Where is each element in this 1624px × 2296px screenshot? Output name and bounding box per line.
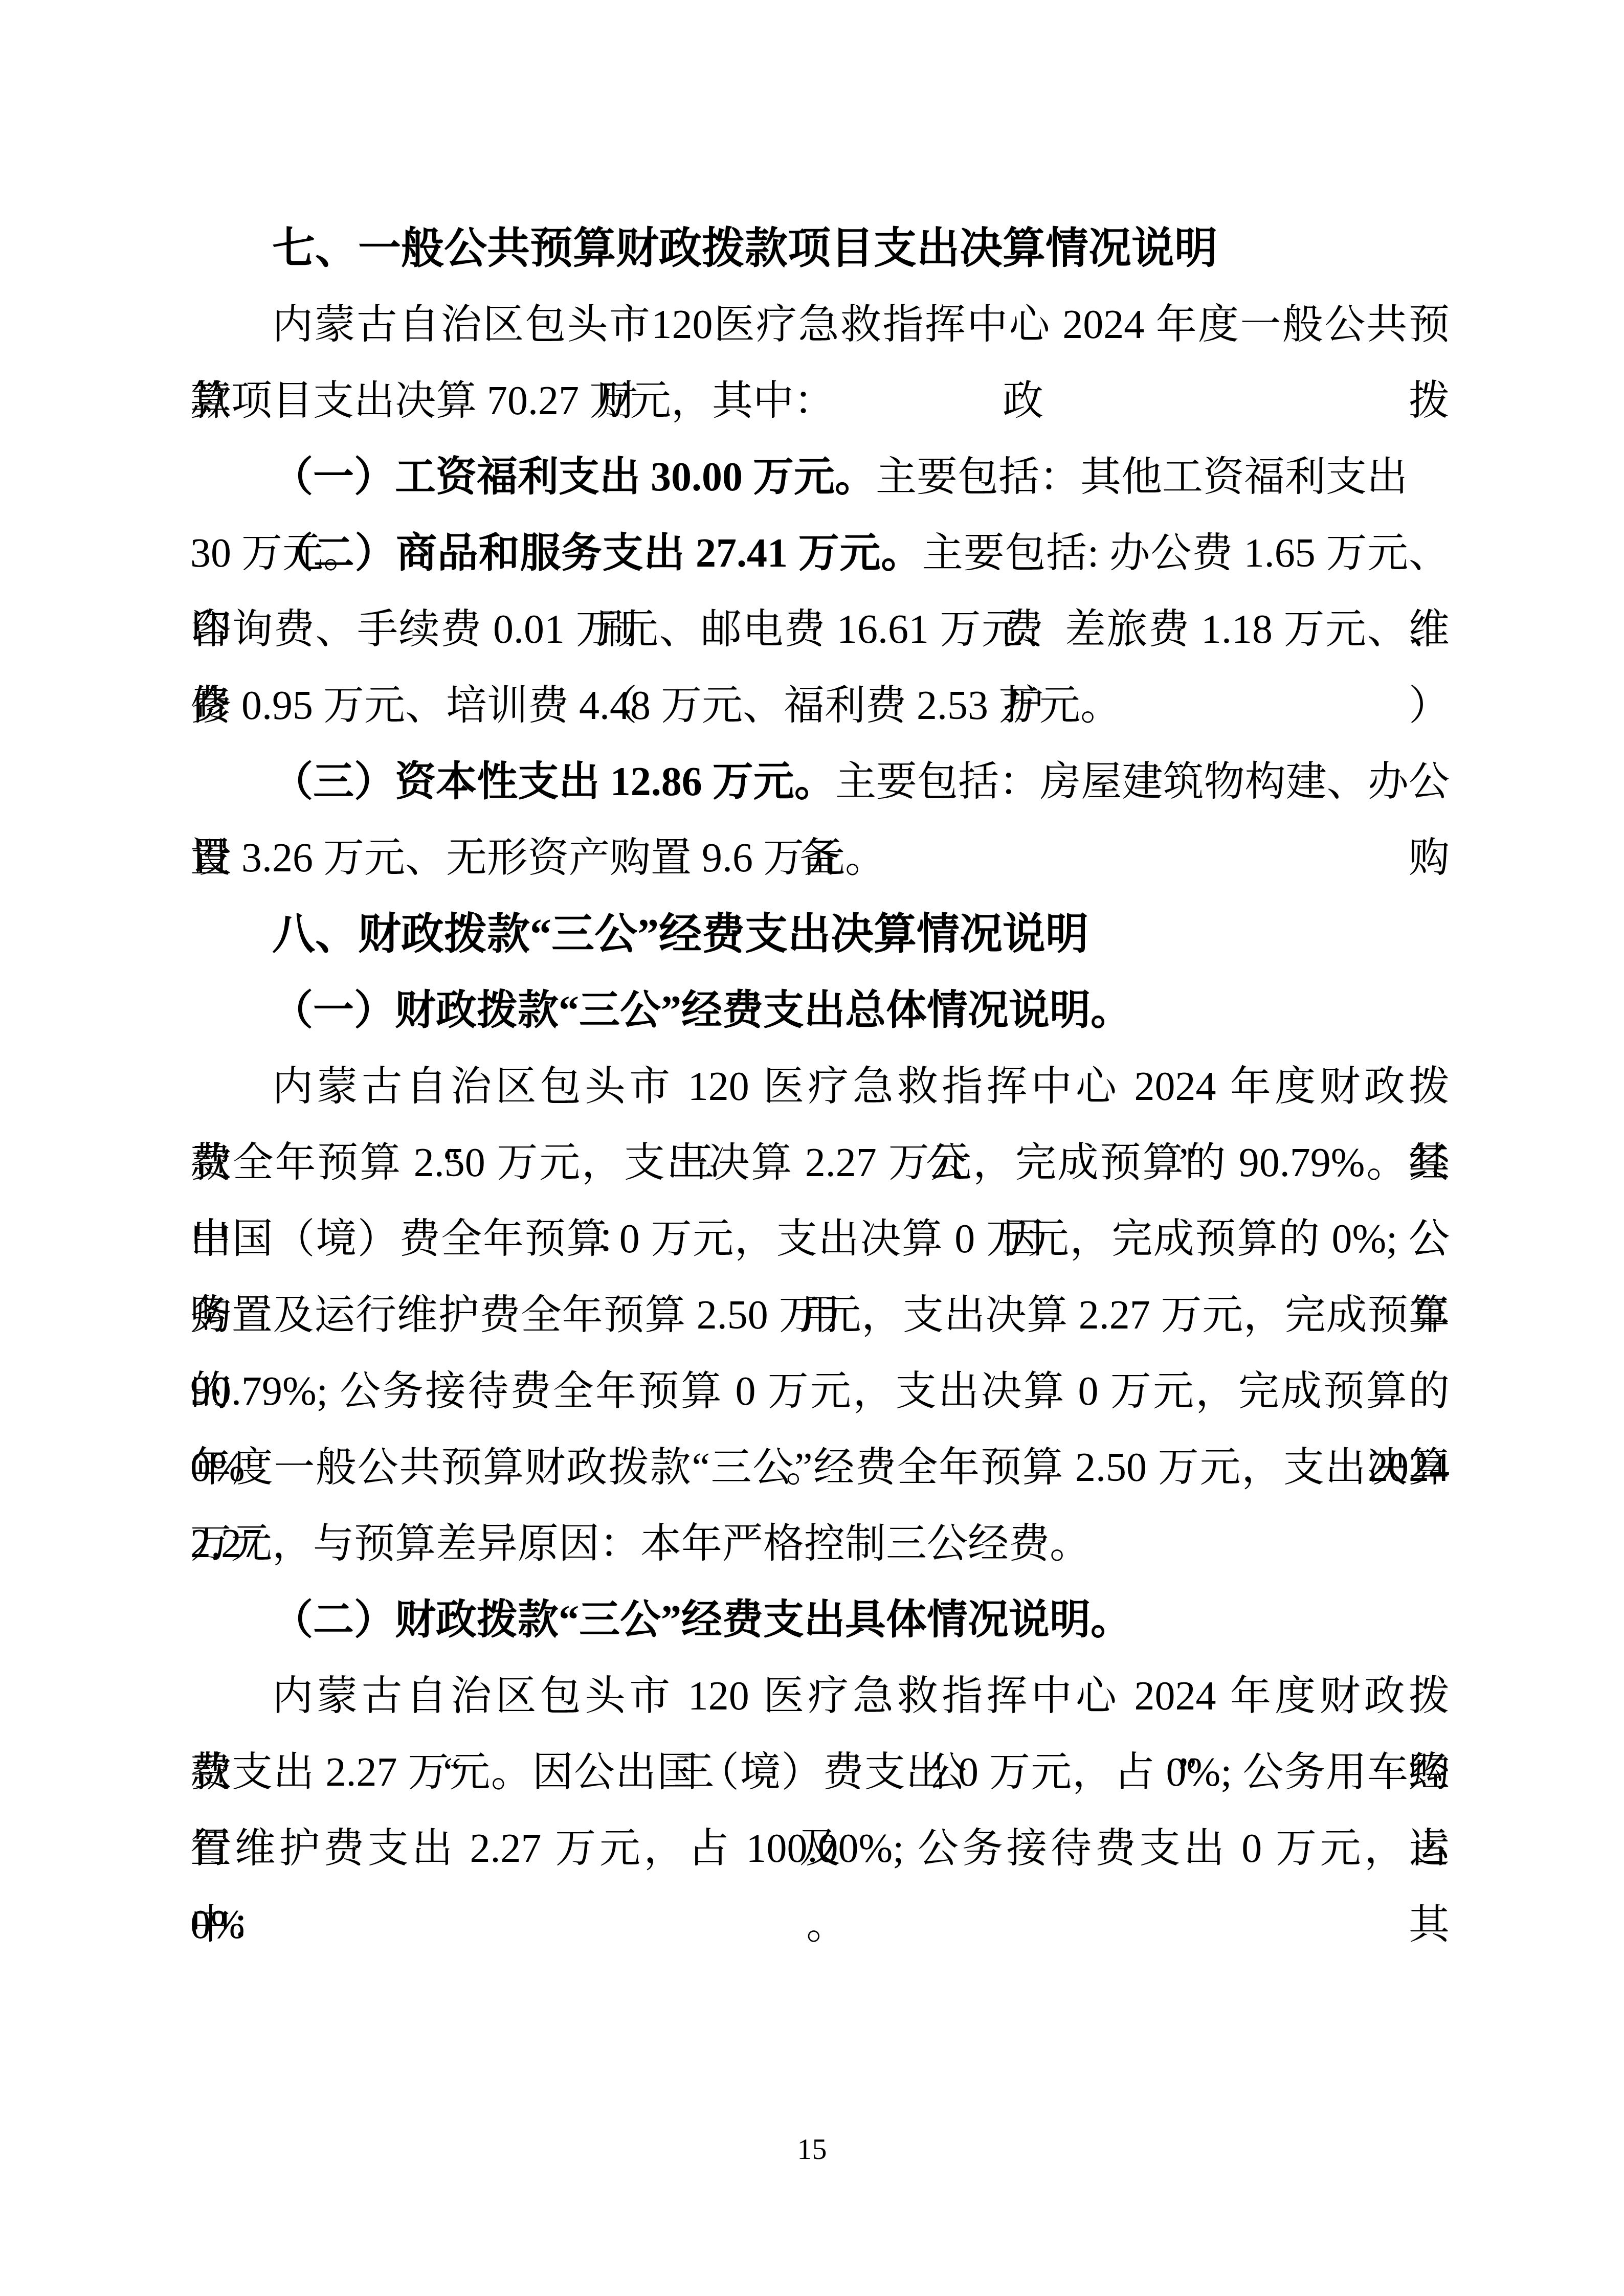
heading-line: 八、财政拨款“三公”经费支出决算情况说明: [190, 896, 1450, 973]
text-segment: 行维护费支出 2.27 万元，占 100.00%; 公务接待费支出 0 万元，占…: [190, 1826, 1450, 1947]
text-line: （一）工资福利支出 30.00 万元。主要包括：其他工资福利支出 30 万元。: [190, 439, 1450, 515]
text-segment: 费 0.95 万元、培训费 4.48 万元、福利费 2.53 万元。: [190, 683, 1121, 728]
text-line: 咨询费、手续费 0.01 万元、邮电费 16.61 万元、差旅费 1.18 万元…: [190, 592, 1450, 668]
bold-text-segment: （一）工资福利支出 30.00 万元。: [272, 455, 876, 500]
text-line: （二）商品和服务支出 27.41 万元。主要包括: 办公费 1.65 万元、印刷…: [190, 515, 1450, 592]
heading-line: 七、一般公共预算财政拨款项目支出决算情况说明: [190, 211, 1450, 287]
bold-text-segment: 八、财政拨款“三公”经费支出决算情况说明: [272, 911, 1088, 958]
text-segment: 中：: [190, 1902, 272, 1947]
text-line: 90.79%; 公务接待费全年预算 0 万元，支出决算 0 万元，完成预算的 0…: [190, 1354, 1450, 1430]
text-segment: 款项目支出决算 70.27 万元，其中：: [190, 378, 835, 423]
text-line: 内蒙古自治区包头市 120 医疗急救指挥中心 2024 年度财政拨款“三公”经: [190, 1049, 1450, 1125]
text-segment: 万元，与预算差异原因：本年严格控制三公经费。: [190, 1521, 1091, 1566]
text-line: 费全年预算 2.50 万元，支出决算 2.27 万元，完成预算的 90.79%。…: [190, 1125, 1450, 1201]
document-body: 七、一般公共预算财政拨款项目支出决算情况说明内蒙古自治区包头市120医疗急救指挥…: [190, 211, 1450, 1963]
bold-text-segment: 七、一般公共预算财政拨款项目支出决算情况说明: [272, 225, 1217, 273]
text-line: （三）资本性支出 12.86 万元。主要包括：房屋建筑物构建、办公设备购: [190, 744, 1450, 820]
text-line: 费支出 2.27 万元。因公出国（境）费支出 0 万元，占 0%; 公务用车购置…: [190, 1735, 1450, 1811]
bold-text-segment: （三）资本性支出 12.86 万元。: [272, 759, 835, 804]
text-line: （一）财政拨款“三公”经费支出总体情况说明。: [190, 973, 1450, 1049]
text-segment: 置 3.26 万元、无形资产购置 9.6 万元。: [190, 836, 886, 881]
text-line: 出国（境）费全年预算 0 万元，支出决算 0 万元，完成预算的 0%; 公务用车: [190, 1201, 1450, 1277]
page-number: 15: [0, 2131, 1624, 2167]
bold-text-segment: （二）商品和服务支出 27.41 万元。: [272, 531, 922, 576]
text-line: 万元，与预算差异原因：本年严格控制三公经费。: [190, 1506, 1450, 1582]
bold-text-segment: （二）财政拨款“三公”经费支出具体情况说明。: [272, 1597, 1131, 1642]
text-line: 年度一般公共预算财政拨款“三公”经费全年预算 2.50 万元，支出决算 2.27: [190, 1430, 1450, 1506]
text-line: （二）财政拨款“三公”经费支出具体情况说明。: [190, 1582, 1450, 1658]
text-line: 内蒙古自治区包头市120医疗急救指挥中心 2024 年度一般公共预算财政拨: [190, 287, 1450, 363]
text-line: 内蒙古自治区包头市 120 医疗急救指挥中心 2024 年度财政拨款“三公”经: [190, 1658, 1450, 1735]
text-line: 购置及运行维护费全年预算 2.50 万元，支出决算 2.27 万元，完成预算的: [190, 1277, 1450, 1354]
bold-text-segment: （一）财政拨款“三公”经费支出总体情况说明。: [272, 988, 1131, 1033]
text-line: 行维护费支出 2.27 万元，占 100.00%; 公务接待费支出 0 万元，占…: [190, 1811, 1450, 1887]
